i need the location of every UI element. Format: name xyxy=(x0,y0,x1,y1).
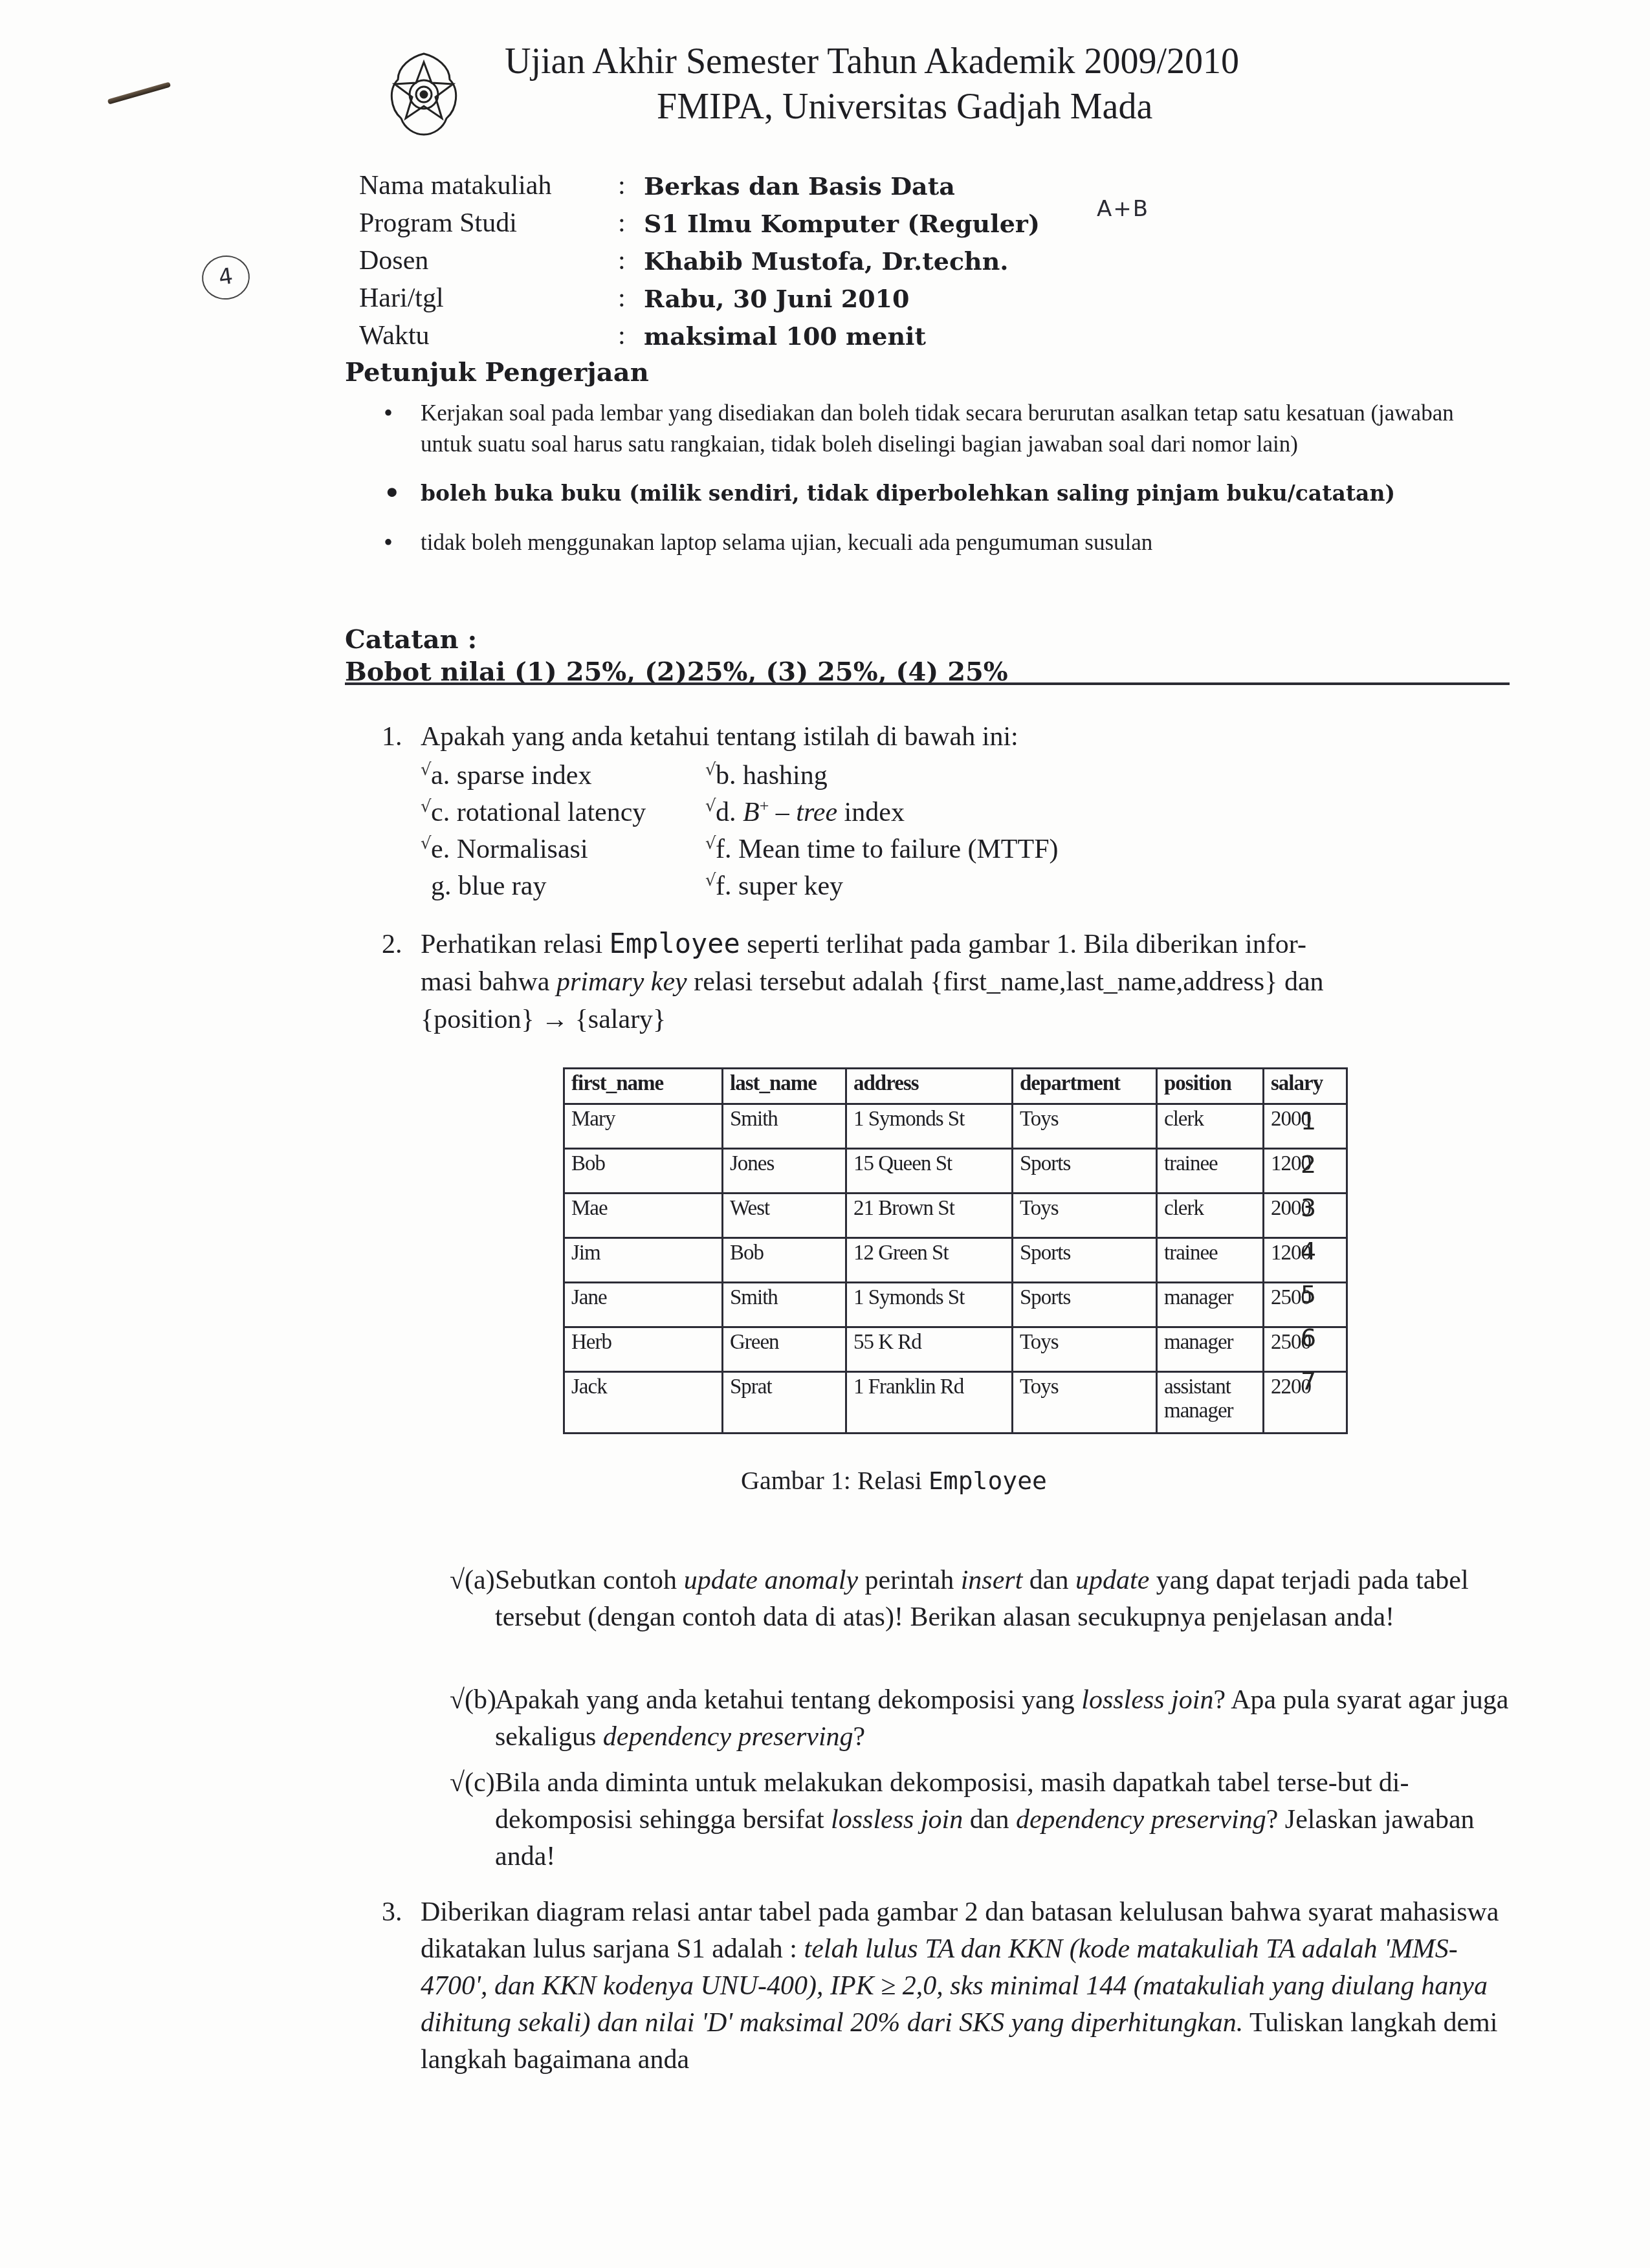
question-1-terms: √a. sparse index √b. hashing √c. rotatio… xyxy=(421,757,1288,904)
check-icon: √ xyxy=(421,760,431,780)
question-1: 1.Apakah yang anda ketahui tentang istil… xyxy=(382,718,1018,756)
course-info: Nama matakuliah:Berkas dan Basis Data Pr… xyxy=(359,167,1040,354)
term-a: √a. sparse index xyxy=(421,760,705,791)
term-b: √b. hashing xyxy=(705,760,1288,791)
notes-heading: Catatan : xyxy=(345,624,477,655)
staple-mark xyxy=(107,82,171,104)
instructions-list: Kerjakan soal pada lembar yang disediaka… xyxy=(379,398,1511,576)
check-icon: √ xyxy=(705,796,716,816)
faculty-title: FMIPA, Universitas Gadjah Mada xyxy=(657,84,1152,129)
term-d: √d. B+ – tree index xyxy=(705,796,1288,828)
term-g: g. blue ray xyxy=(421,871,705,902)
meta-duration: Waktu:maksimal 100 menit xyxy=(359,317,1040,354)
table-row: JaneSmith1 Symonds StSportsmanager2500 xyxy=(564,1283,1347,1327)
meta-course: Nama matakuliah:Berkas dan Basis Data xyxy=(359,167,1040,204)
handwritten-row-numbers: 1234567 xyxy=(1301,1100,1326,1403)
check-icon: √ xyxy=(705,760,716,780)
employee-table: first_name last_name address department … xyxy=(563,1067,1348,1434)
term-f: √f. Mean time to failure (MTTF) xyxy=(705,834,1288,865)
handwritten-number: 4 xyxy=(1301,1230,1326,1273)
table-row: MaeWest21 Brown StToysclerk2000 xyxy=(564,1194,1347,1238)
question-2a: √(a) Sebutkan contoh update anomaly peri… xyxy=(450,1562,1524,1636)
meta-program: Program Studi:S1 Ilmu Komputer (Reguler) xyxy=(359,204,1040,242)
term-c: √c. rotational latency xyxy=(421,797,705,828)
table-row: JimBob12 Green StSportstrainee1200 xyxy=(564,1238,1347,1283)
divider xyxy=(345,682,1510,685)
instruction-item: Kerjakan soal pada lembar yang disediaka… xyxy=(379,398,1511,460)
handwritten-class-note: A+B xyxy=(1097,196,1149,222)
check-icon: √ xyxy=(705,871,716,890)
term-e: √e. Normalisasi xyxy=(421,834,705,865)
table-row: HerbGreen55 K RdToysmanager2500 xyxy=(564,1327,1347,1372)
instruction-item: boleh buka buku (milik sendiri, tidak di… xyxy=(379,478,1511,509)
handwritten-number: 5 xyxy=(1301,1273,1326,1316)
question-2c: √(c) Bila anda diminta untuk melakukan d… xyxy=(450,1765,1524,1875)
meta-date: Hari/tgl:Rabu, 30 Juni 2010 xyxy=(359,279,1040,317)
question-2: 2.Perhatikan relasi Employee seperti ter… xyxy=(382,925,1521,1038)
university-emblem-icon xyxy=(385,50,463,138)
handwritten-number: 2 xyxy=(1301,1143,1326,1186)
exam-title: Ujian Akhir Semester Tahun Akademik 2009… xyxy=(505,39,1239,84)
check-icon: √ xyxy=(421,834,431,853)
handwritten-number: 7 xyxy=(1301,1360,1326,1403)
check-icon: √ xyxy=(421,797,431,816)
instructions-heading: Petunjuk Pengerjaan xyxy=(345,357,649,387)
handwritten-number: 3 xyxy=(1301,1186,1326,1230)
table-row: BobJones15 Queen StSportstrainee1200 xyxy=(564,1149,1347,1194)
check-icon: √ xyxy=(705,834,716,853)
table-row: MarySmith1 Symonds StToysclerk2000 xyxy=(564,1104,1347,1149)
table-header-row: first_name last_name address department … xyxy=(564,1069,1347,1104)
question-3: 3. Diberikan diagram relasi antar tabel … xyxy=(382,1894,1521,2078)
term-f2: √f. super key xyxy=(705,871,1288,902)
handwritten-number: 6 xyxy=(1301,1316,1326,1360)
instruction-item: tidak boleh menggunakan laptop selama uj… xyxy=(379,527,1511,558)
handwritten-number: 1 xyxy=(1301,1100,1326,1143)
handwritten-page-number: 4 xyxy=(199,252,253,303)
table-row: JackSprat1 Franklin RdToysassistant mana… xyxy=(564,1372,1347,1434)
question-2b: √(b) Apakah yang anda ketahui tentang de… xyxy=(450,1682,1524,1756)
meta-lecturer: Dosen:Khabib Mustofa, Dr.techn. xyxy=(359,242,1040,279)
figure-caption: Gambar 1: Relasi Employee xyxy=(741,1465,1047,1496)
